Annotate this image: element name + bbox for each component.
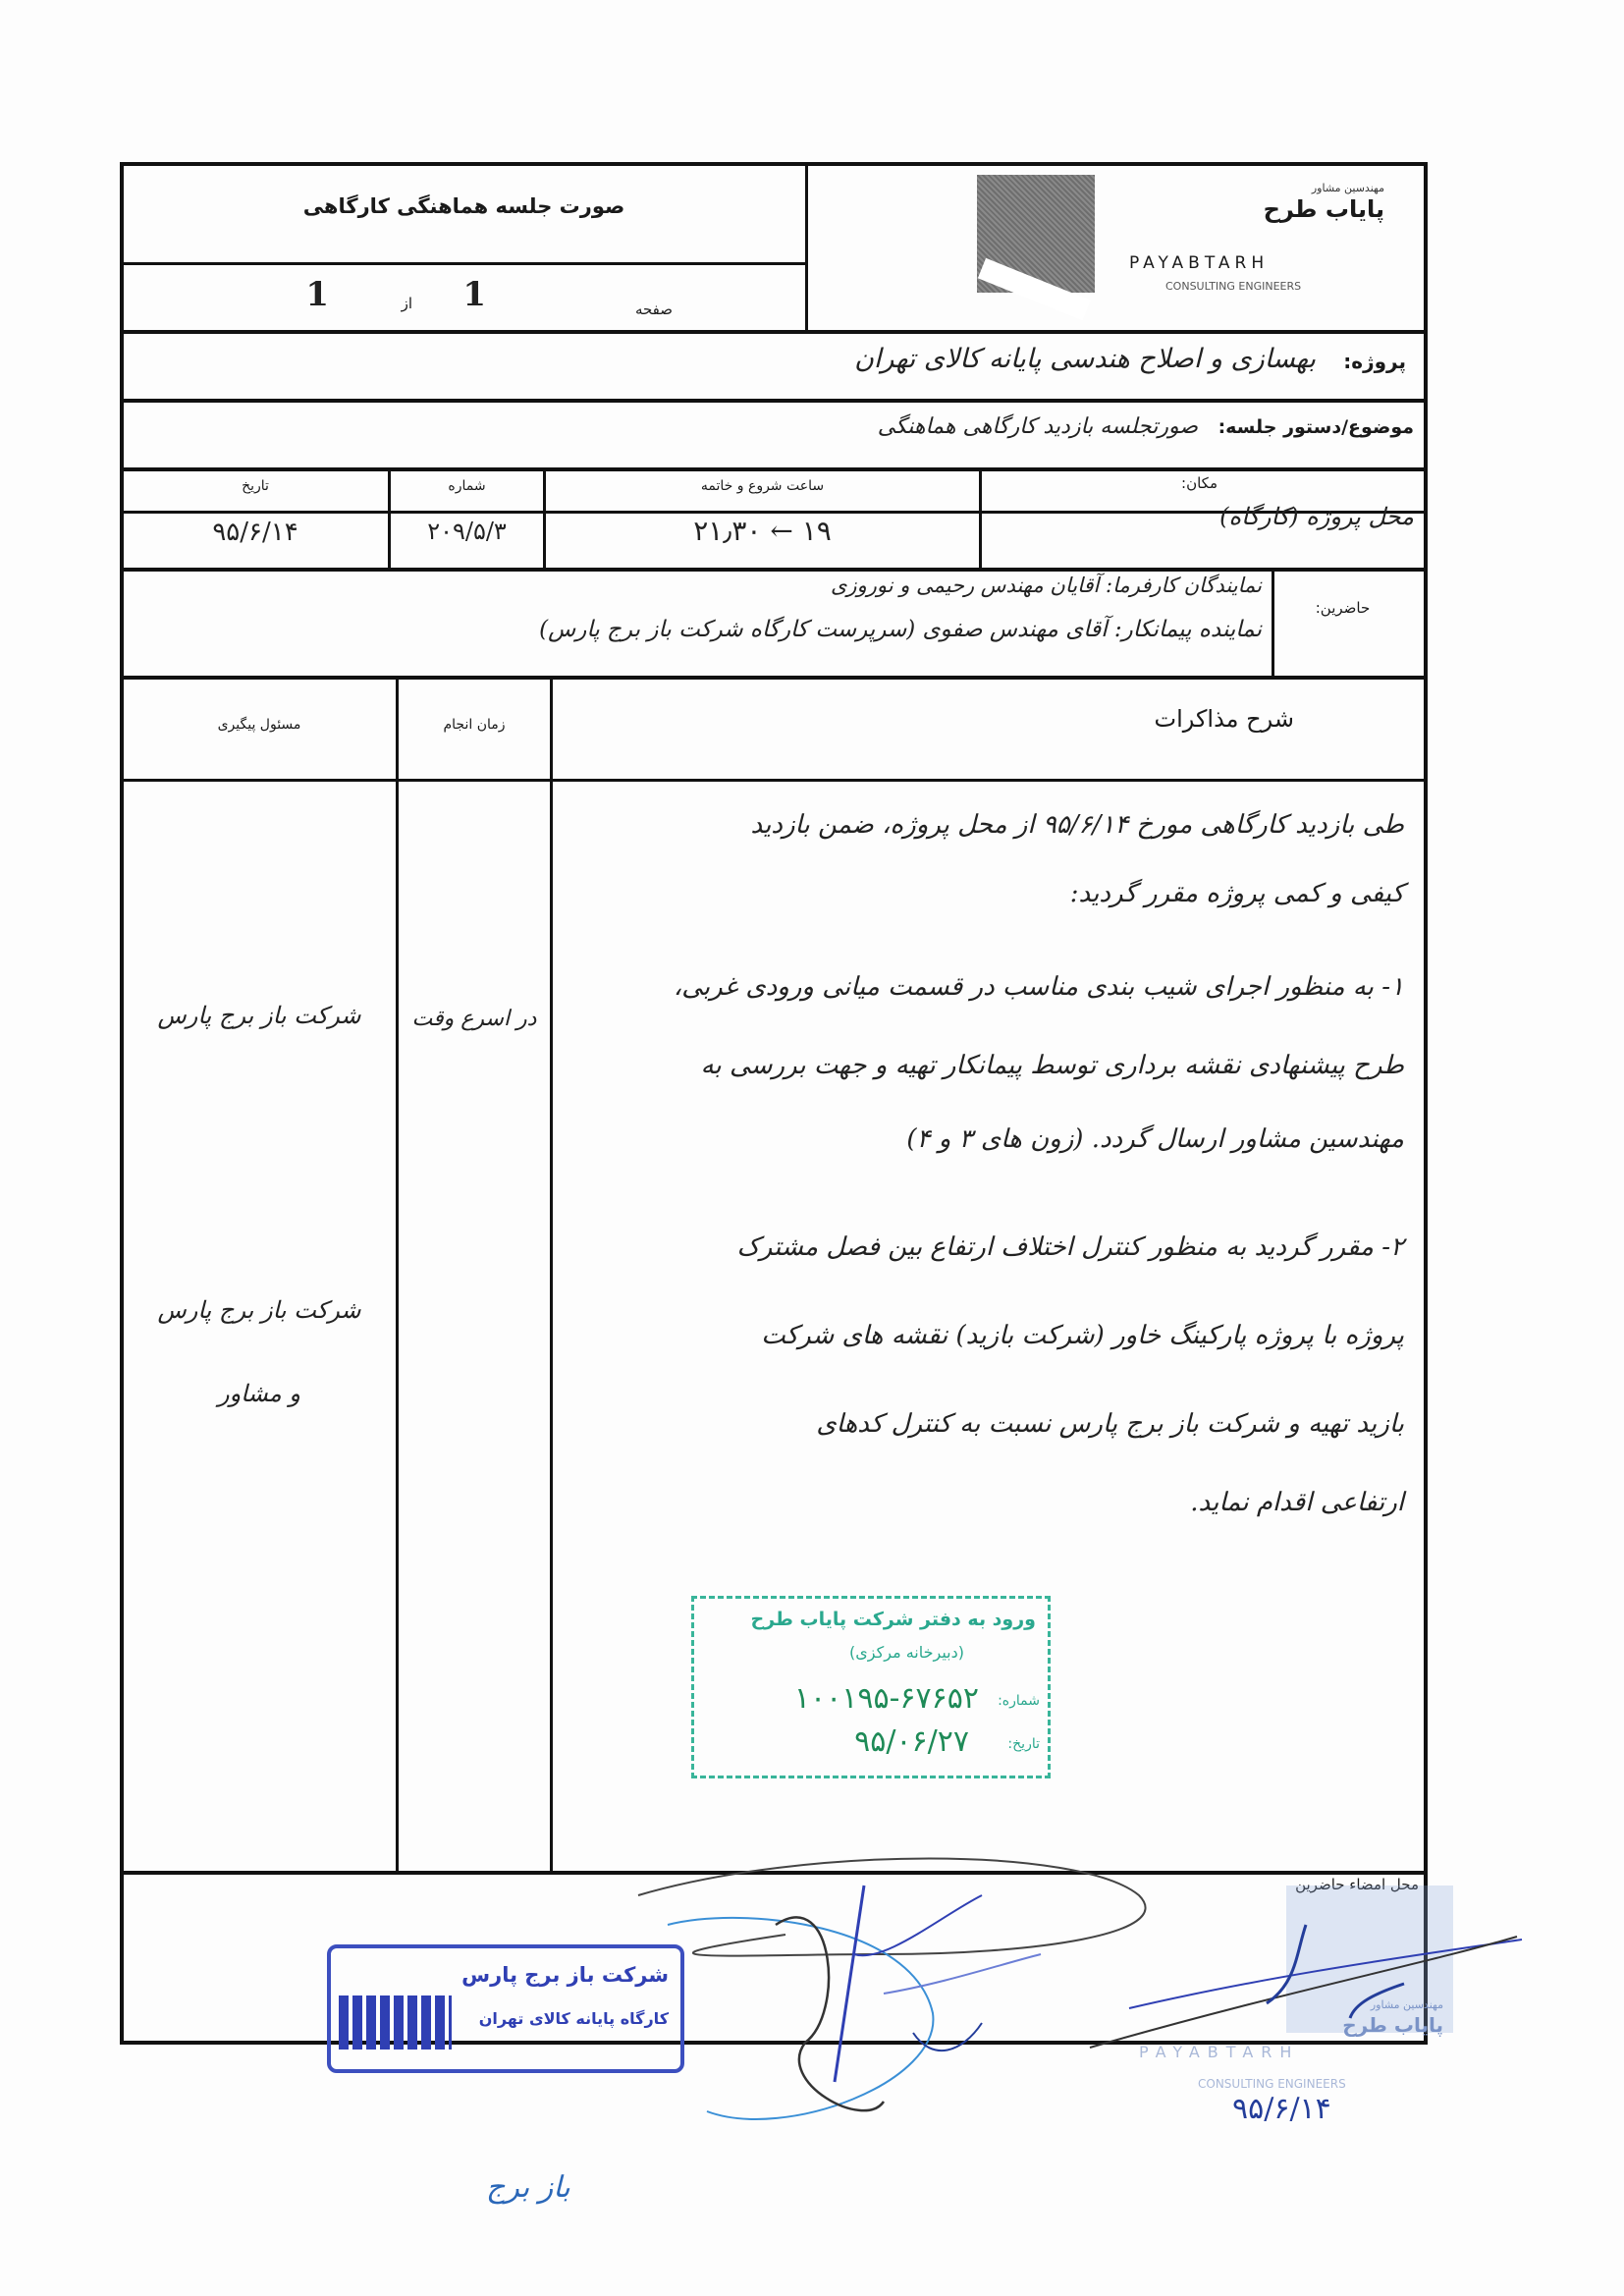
signature-scribbles [0,0,1624,2296]
